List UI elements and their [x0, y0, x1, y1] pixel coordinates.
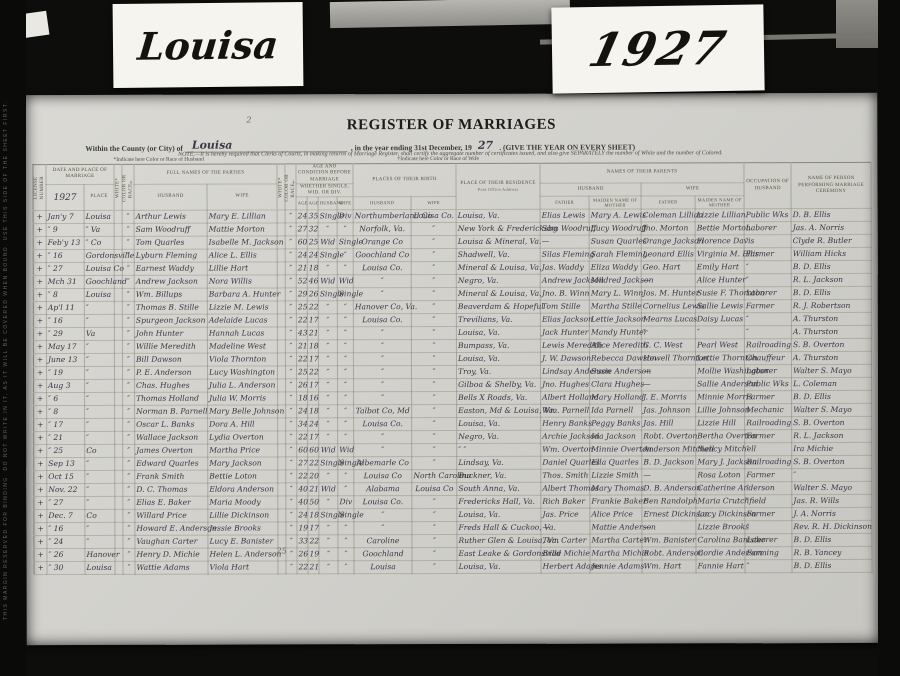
cell: Helen L. Anderson: [208, 548, 278, 561]
cell: ″: [338, 392, 354, 405]
cell: Andrew Jackson: [134, 275, 207, 288]
cell: J. E. Morris: [642, 391, 696, 404]
col-color-wife: Color or Race†: [285, 164, 296, 210]
cell: [277, 314, 285, 327]
county-label-text: Louisa: [136, 22, 280, 69]
cell: ″: [286, 431, 297, 444]
cell: D. B. Anderson: [642, 482, 696, 495]
cell: ″: [319, 470, 338, 483]
cell: ″: [85, 432, 115, 445]
cell: [277, 353, 285, 366]
cell: ″: [318, 301, 337, 314]
col-minister: Name of Person Performing Marriage Cerem…: [791, 162, 871, 208]
cell: +: [33, 224, 46, 237]
cell: 22: [307, 301, 318, 314]
cell: Carolina Banister: [696, 534, 745, 547]
cell: [115, 510, 123, 523]
cell: ″ 21: [47, 432, 85, 445]
cell: Trevilians, Va.: [456, 314, 540, 327]
cell: Earnest Waddy: [134, 262, 207, 275]
cell: 17: [308, 379, 319, 392]
cell: +: [34, 393, 47, 406]
cell: Louisa & Mineral, Va.: [456, 236, 540, 249]
cell: ″ 8: [47, 406, 85, 419]
cell: Maria Crutchfield: [696, 495, 745, 508]
cell: [115, 523, 123, 536]
cell: Mildred Jackson: [589, 274, 641, 287]
cell: ″: [411, 262, 456, 275]
cell: North Carolina: [412, 470, 457, 483]
cell: ″: [318, 262, 337, 275]
cell: J. A. Norris: [792, 508, 872, 521]
cell: ″: [412, 561, 457, 574]
cell: Mattie Morton: [207, 223, 277, 236]
col-birth-h: Husband: [353, 197, 411, 210]
cell: 25: [297, 366, 308, 379]
cell: [278, 470, 286, 483]
cell: Bells X Roads, Va.: [457, 392, 541, 405]
cell: [115, 445, 123, 458]
cell: Vaughan Carter: [135, 535, 208, 548]
cell: B. D. Ellis: [791, 261, 871, 274]
cell: Gilboa & Shelby, Va.: [457, 379, 541, 392]
cell: ″: [641, 326, 695, 339]
col-color-husband: Color or Race†: [122, 164, 134, 210]
date-year-handwritten: 1927: [46, 184, 84, 211]
cell: ″: [411, 236, 456, 249]
cell: ″: [85, 484, 115, 497]
cell: ″: [338, 405, 354, 418]
cell: 40: [297, 496, 308, 509]
cell: Jos. M. Hunter: [641, 287, 695, 300]
cell: +: [33, 354, 46, 367]
cell: Lizzie Lillian: [695, 209, 744, 222]
cell: L. Coleman: [792, 378, 872, 391]
cell: ″: [286, 379, 297, 392]
cell: ″: [285, 288, 296, 301]
cell: Farmer: [745, 469, 792, 482]
cell: Martha Price: [208, 444, 278, 457]
cell: Sam Woodruff: [540, 222, 589, 235]
cell: Caroline: [354, 535, 412, 548]
cell: ″: [318, 223, 337, 236]
cell: ″: [412, 431, 457, 444]
cell: ″: [84, 354, 114, 367]
cell: Louisa Co.: [353, 314, 411, 327]
cell: ″: [412, 509, 457, 522]
cell: Viola Hart: [208, 561, 278, 574]
cell: ″: [123, 393, 135, 406]
cell: Louisa Co.: [354, 496, 412, 509]
cell: ″ 26: [47, 549, 85, 562]
cell: Single: [318, 288, 337, 301]
cell: Mary L. Winn: [589, 287, 641, 300]
col-mother-h: Maiden name of mother: [589, 196, 641, 209]
cell: D. C. Thomas: [135, 483, 208, 496]
cell: ″: [123, 523, 135, 536]
cell: ″: [122, 315, 134, 328]
cell: Dora A. Hill: [208, 418, 278, 431]
cell: Albemarle Co: [354, 457, 412, 470]
cell: ″: [84, 315, 114, 328]
cell: Lillie Dickinson: [208, 509, 278, 522]
cell: Single: [337, 288, 353, 301]
cell: ″: [85, 419, 115, 432]
cell: ″ 9: [46, 224, 84, 237]
cell: ″: [85, 380, 115, 393]
col-license: License Number: [33, 165, 46, 211]
cell: Lizzie Hill: [696, 417, 745, 430]
cell: Orange Co: [353, 236, 411, 249]
cell: [115, 406, 123, 419]
cell: ″: [319, 548, 338, 561]
cell: ″: [319, 431, 338, 444]
cell: Henry D. Michie: [135, 548, 208, 561]
cell: Minnie Morris: [696, 391, 745, 404]
col-parents-wife: Wife: [641, 182, 744, 196]
cell: ″ Co: [84, 237, 114, 250]
cell: S. B. Overton: [792, 417, 872, 430]
cell: Louisa Co.: [411, 210, 456, 223]
cell: Howard E. Anderson: [135, 522, 208, 535]
cell: ″: [338, 548, 354, 561]
table-row: +″ 30Louisa″Wattie AdamsViola Hart″2221″…: [34, 560, 872, 575]
cell: +: [34, 523, 47, 536]
col-date-place: Date and Place of Marriage: [46, 164, 114, 184]
cell: Bill Dawson: [134, 353, 207, 366]
cell: 19: [308, 548, 319, 561]
cell: Co: [85, 510, 115, 523]
cell: Viola Thornton: [207, 353, 277, 366]
cell: ″ 24: [47, 536, 85, 549]
cell: A. Thurston: [791, 313, 871, 326]
cell: ″: [318, 353, 337, 366]
cell: Oscar L. Banks: [135, 418, 208, 431]
cell: Easton, Md & Louisa, Va.: [457, 405, 541, 418]
cell: Single: [337, 236, 353, 249]
cell: ″: [337, 327, 353, 340]
cell: Bertha Overton: [696, 430, 745, 443]
cell: June 13: [46, 354, 84, 367]
cell: ″: [354, 392, 412, 405]
cell: 17: [307, 353, 318, 366]
cell: 22: [296, 314, 307, 327]
cell: [277, 210, 285, 223]
cell: [114, 315, 122, 328]
cell: Farmer: [745, 430, 792, 443]
cell: 22: [308, 366, 319, 379]
cell: A. Thurston: [791, 326, 871, 339]
cell: ″: [286, 470, 297, 483]
cell: ″: [412, 444, 457, 457]
cell: Martha Stille: [589, 300, 641, 313]
cell: Negro, Va.: [456, 275, 540, 288]
cell: ″: [122, 237, 134, 250]
cell: Mollie Washington: [696, 365, 745, 378]
pencil-mark-bottom: 25: [276, 546, 286, 555]
cell: Albert Thomas: [541, 482, 590, 495]
col-cond-w: Wife: [337, 197, 353, 210]
col-residence: Place of Their Residence Post Office Add…: [456, 163, 540, 209]
cell: Daniel Quarles: [541, 456, 590, 469]
cell: Louisa Co.: [353, 262, 411, 275]
cell: ″: [337, 314, 353, 327]
cell: [278, 496, 286, 509]
cell: Elias Lewis: [540, 209, 589, 222]
cell: Farmer: [744, 248, 791, 261]
cell: Nov. 22: [47, 484, 85, 497]
cell: ″: [353, 327, 411, 340]
cell: ″: [123, 510, 135, 523]
cell: Ruther Glen & Louisa, Va.: [457, 535, 541, 548]
cell: [114, 289, 122, 302]
cell: Louisa: [85, 562, 115, 575]
cell: ″: [319, 366, 338, 379]
cell: Frank Smith: [135, 470, 208, 483]
cell: Lillie Johnson: [696, 404, 745, 417]
cell: Alabama: [354, 483, 412, 496]
col-parents-husband: Husband: [540, 183, 641, 197]
cell: ″: [286, 457, 297, 470]
cell: B. D. Ellis: [792, 560, 872, 573]
cell: +: [33, 237, 46, 250]
cell: [277, 223, 285, 236]
cell: Elias E. Baker: [135, 496, 208, 509]
cell: Jan'y 7: [46, 211, 84, 224]
cell: Wm. Overton: [541, 443, 590, 456]
cell: [278, 457, 286, 470]
cell: +: [34, 406, 47, 419]
cell: 50: [308, 496, 319, 509]
cell: +: [34, 510, 47, 523]
cell: 22: [308, 457, 319, 470]
cell: [114, 237, 122, 250]
cell: ″: [122, 263, 134, 276]
cell: S. B. Overton: [792, 456, 872, 469]
cell: ″: [354, 353, 412, 366]
cell: ″: [123, 562, 135, 575]
cell: Ernest Dickinson: [642, 508, 696, 521]
cell: B. D. Jackson: [642, 456, 696, 469]
col-wife-name: Wife: [207, 184, 277, 211]
cell: Freds Hall & Cuckoo, Va.: [457, 522, 541, 535]
cell: Minnie Overton: [590, 443, 642, 456]
cell: ″: [319, 392, 338, 405]
cell: 40: [297, 483, 308, 496]
cell: ″: [122, 328, 134, 341]
cell: +: [33, 263, 46, 276]
cell: P. E. Anderson: [134, 366, 207, 379]
cell: Lindsay, Va.: [457, 457, 541, 470]
cell: B. D. Ellis: [792, 534, 872, 547]
cell: Geo. Hart: [641, 261, 695, 274]
background-paper-edge: [330, 0, 570, 28]
cell: Louisa Co.: [354, 418, 412, 431]
cell: [278, 431, 286, 444]
cell: Jas. Johnson: [642, 404, 696, 417]
cell: Louisa, Va.: [457, 353, 541, 366]
scanned-register-photo: THIS MARGIN RESERVED FOR BINDING. DO NOT…: [0, 0, 900, 676]
cell: ″: [412, 522, 457, 535]
cell: ″: [85, 523, 115, 536]
cell: ″: [338, 535, 354, 548]
cell: —: [642, 469, 696, 482]
cell: Jas. Waddy: [540, 261, 589, 274]
cell: 22: [296, 353, 307, 366]
cell: Lucy Woodruff: [589, 222, 641, 235]
cell: ″: [286, 561, 297, 574]
cell: Mary Belle Johnson: [208, 405, 278, 418]
cell: Sep 13: [47, 458, 85, 471]
cell: ″: [286, 392, 297, 405]
cell: Co: [85, 445, 115, 458]
cell: Mineral & Louisa, Va.: [456, 288, 540, 301]
cell: 25: [307, 236, 318, 249]
cell: Bettie Morton: [695, 222, 744, 235]
cell: 26: [307, 288, 318, 301]
cell: ″: [285, 249, 296, 262]
cell: Alice Meredith: [589, 339, 641, 352]
cell: Bumpass, Va.: [456, 340, 540, 353]
cell: 18: [307, 262, 318, 275]
cell: ″: [744, 326, 791, 339]
cell: 43: [296, 327, 307, 340]
cell: Wm. Banister: [642, 534, 696, 547]
cell: [114, 354, 122, 367]
cell: Div: [337, 210, 353, 223]
cell: 46: [307, 275, 318, 288]
cell: [115, 562, 123, 575]
cell: Railroading: [745, 339, 792, 352]
cell: ″: [338, 431, 354, 444]
cell: [278, 483, 286, 496]
col-births: Places of Their Birth: [353, 163, 456, 197]
cell: Robt. Overton: [642, 430, 696, 443]
binding-margin-strip: THIS MARGIN RESERVED FOR BINDING. DO NOT…: [0, 0, 26, 676]
cell: ″: [338, 379, 354, 392]
cell: [277, 262, 285, 275]
cell: ″: [411, 314, 456, 327]
cell: Walter S. Mayo: [792, 482, 872, 495]
cell: ″: [123, 497, 135, 510]
cell: ″: [318, 314, 337, 327]
cell: [115, 393, 123, 406]
cell: [115, 419, 123, 432]
cell: ″: [285, 314, 296, 327]
cell: ″: [85, 536, 115, 549]
col-white-husband: White*: [114, 164, 122, 210]
cell: Virginia M. Ellis: [695, 248, 744, 261]
col-age-h: Age: [296, 197, 307, 210]
cell: ″: [285, 262, 296, 275]
cell: ″: [286, 535, 297, 548]
cell: Goochland: [84, 276, 114, 289]
cell: R. B. Yancey: [792, 547, 872, 560]
cell: ″: [122, 211, 134, 224]
cell: Cordie Anderson: [696, 547, 745, 560]
cell: ″: [337, 262, 353, 275]
cell: —: [642, 365, 696, 378]
cell: Rich Baker: [541, 495, 590, 508]
cell: Shadwell, Va.: [456, 249, 540, 262]
cell: +: [34, 471, 47, 484]
cell: Adelaide Lucas: [207, 314, 277, 327]
cell: Ira Michie: [792, 443, 872, 456]
cell: 32: [307, 223, 318, 236]
cell: Louisa: [84, 211, 114, 224]
cell: ″: [412, 379, 457, 392]
cell: 16: [308, 392, 319, 405]
cell: +: [34, 380, 47, 393]
cell: ″: [85, 458, 115, 471]
cell: ″: [319, 496, 338, 509]
cell: Nora Willis: [207, 275, 277, 288]
marriage-register-table: License Number Date and Place of Marriag…: [32, 162, 872, 575]
cell: ″: [319, 522, 338, 535]
cell: 21: [296, 340, 307, 353]
cell: +: [34, 536, 47, 549]
cell: ″: [744, 261, 791, 274]
cell: Walter S. Mayo: [792, 404, 872, 417]
cell: Div: [338, 496, 354, 509]
cell: 24: [296, 249, 307, 262]
cell: ″: [84, 341, 114, 354]
cell: Talbot Co, Md: [354, 405, 412, 418]
cell: Andrew Jackson: [540, 274, 589, 287]
cell: Jas. A. Norris: [791, 222, 871, 235]
cell: Maria Moody: [208, 496, 278, 509]
cell: A. Thurston: [792, 352, 872, 365]
cell: R. L. Jackson: [791, 274, 871, 287]
cell: 18: [297, 392, 308, 405]
cell: J. W. Dawson: [541, 352, 590, 365]
cell: 21: [308, 483, 319, 496]
cell: Louisa, Va.: [456, 210, 540, 223]
cell: ″ 16: [46, 250, 84, 263]
cell: Clyde R. Butler: [791, 235, 871, 248]
cell: Hanover: [85, 549, 115, 562]
cell: [114, 328, 122, 341]
cell: G. C. West: [641, 339, 695, 352]
cell: Elias Jackson: [540, 313, 589, 326]
col-age-condition: Age and Condition Before Marriage: [296, 164, 353, 184]
cell: Jas. R. Wills: [792, 495, 872, 508]
cell: [115, 484, 123, 497]
col-father-w: Father: [641, 196, 695, 209]
cell: ″: [286, 444, 297, 457]
cell: 20: [308, 470, 319, 483]
cell: +: [34, 497, 47, 510]
cell: Jno. Hughes: [541, 378, 590, 391]
cell: ″ Va: [84, 224, 114, 237]
col-place: Place: [84, 184, 114, 211]
col-residence-sub: Post Office Address: [458, 187, 539, 193]
col-mother-w: Maiden name of mother: [695, 196, 744, 209]
cell: Louisa Co: [84, 263, 114, 276]
cell: 24: [297, 405, 308, 418]
cell: +: [34, 549, 47, 562]
cell: Wallace Jackson: [135, 431, 208, 444]
cell: ″ 17: [47, 419, 85, 432]
cell: ″: [744, 274, 791, 287]
cell: Alice Hunter: [695, 274, 744, 287]
cell: Lettie Jackson: [589, 313, 641, 326]
cell: —: [541, 521, 590, 534]
cell: ″: [285, 223, 296, 236]
cell: Aug 3: [47, 380, 85, 393]
cell: Laborer: [744, 287, 791, 300]
cell: Mary E. Lillian: [207, 210, 277, 223]
